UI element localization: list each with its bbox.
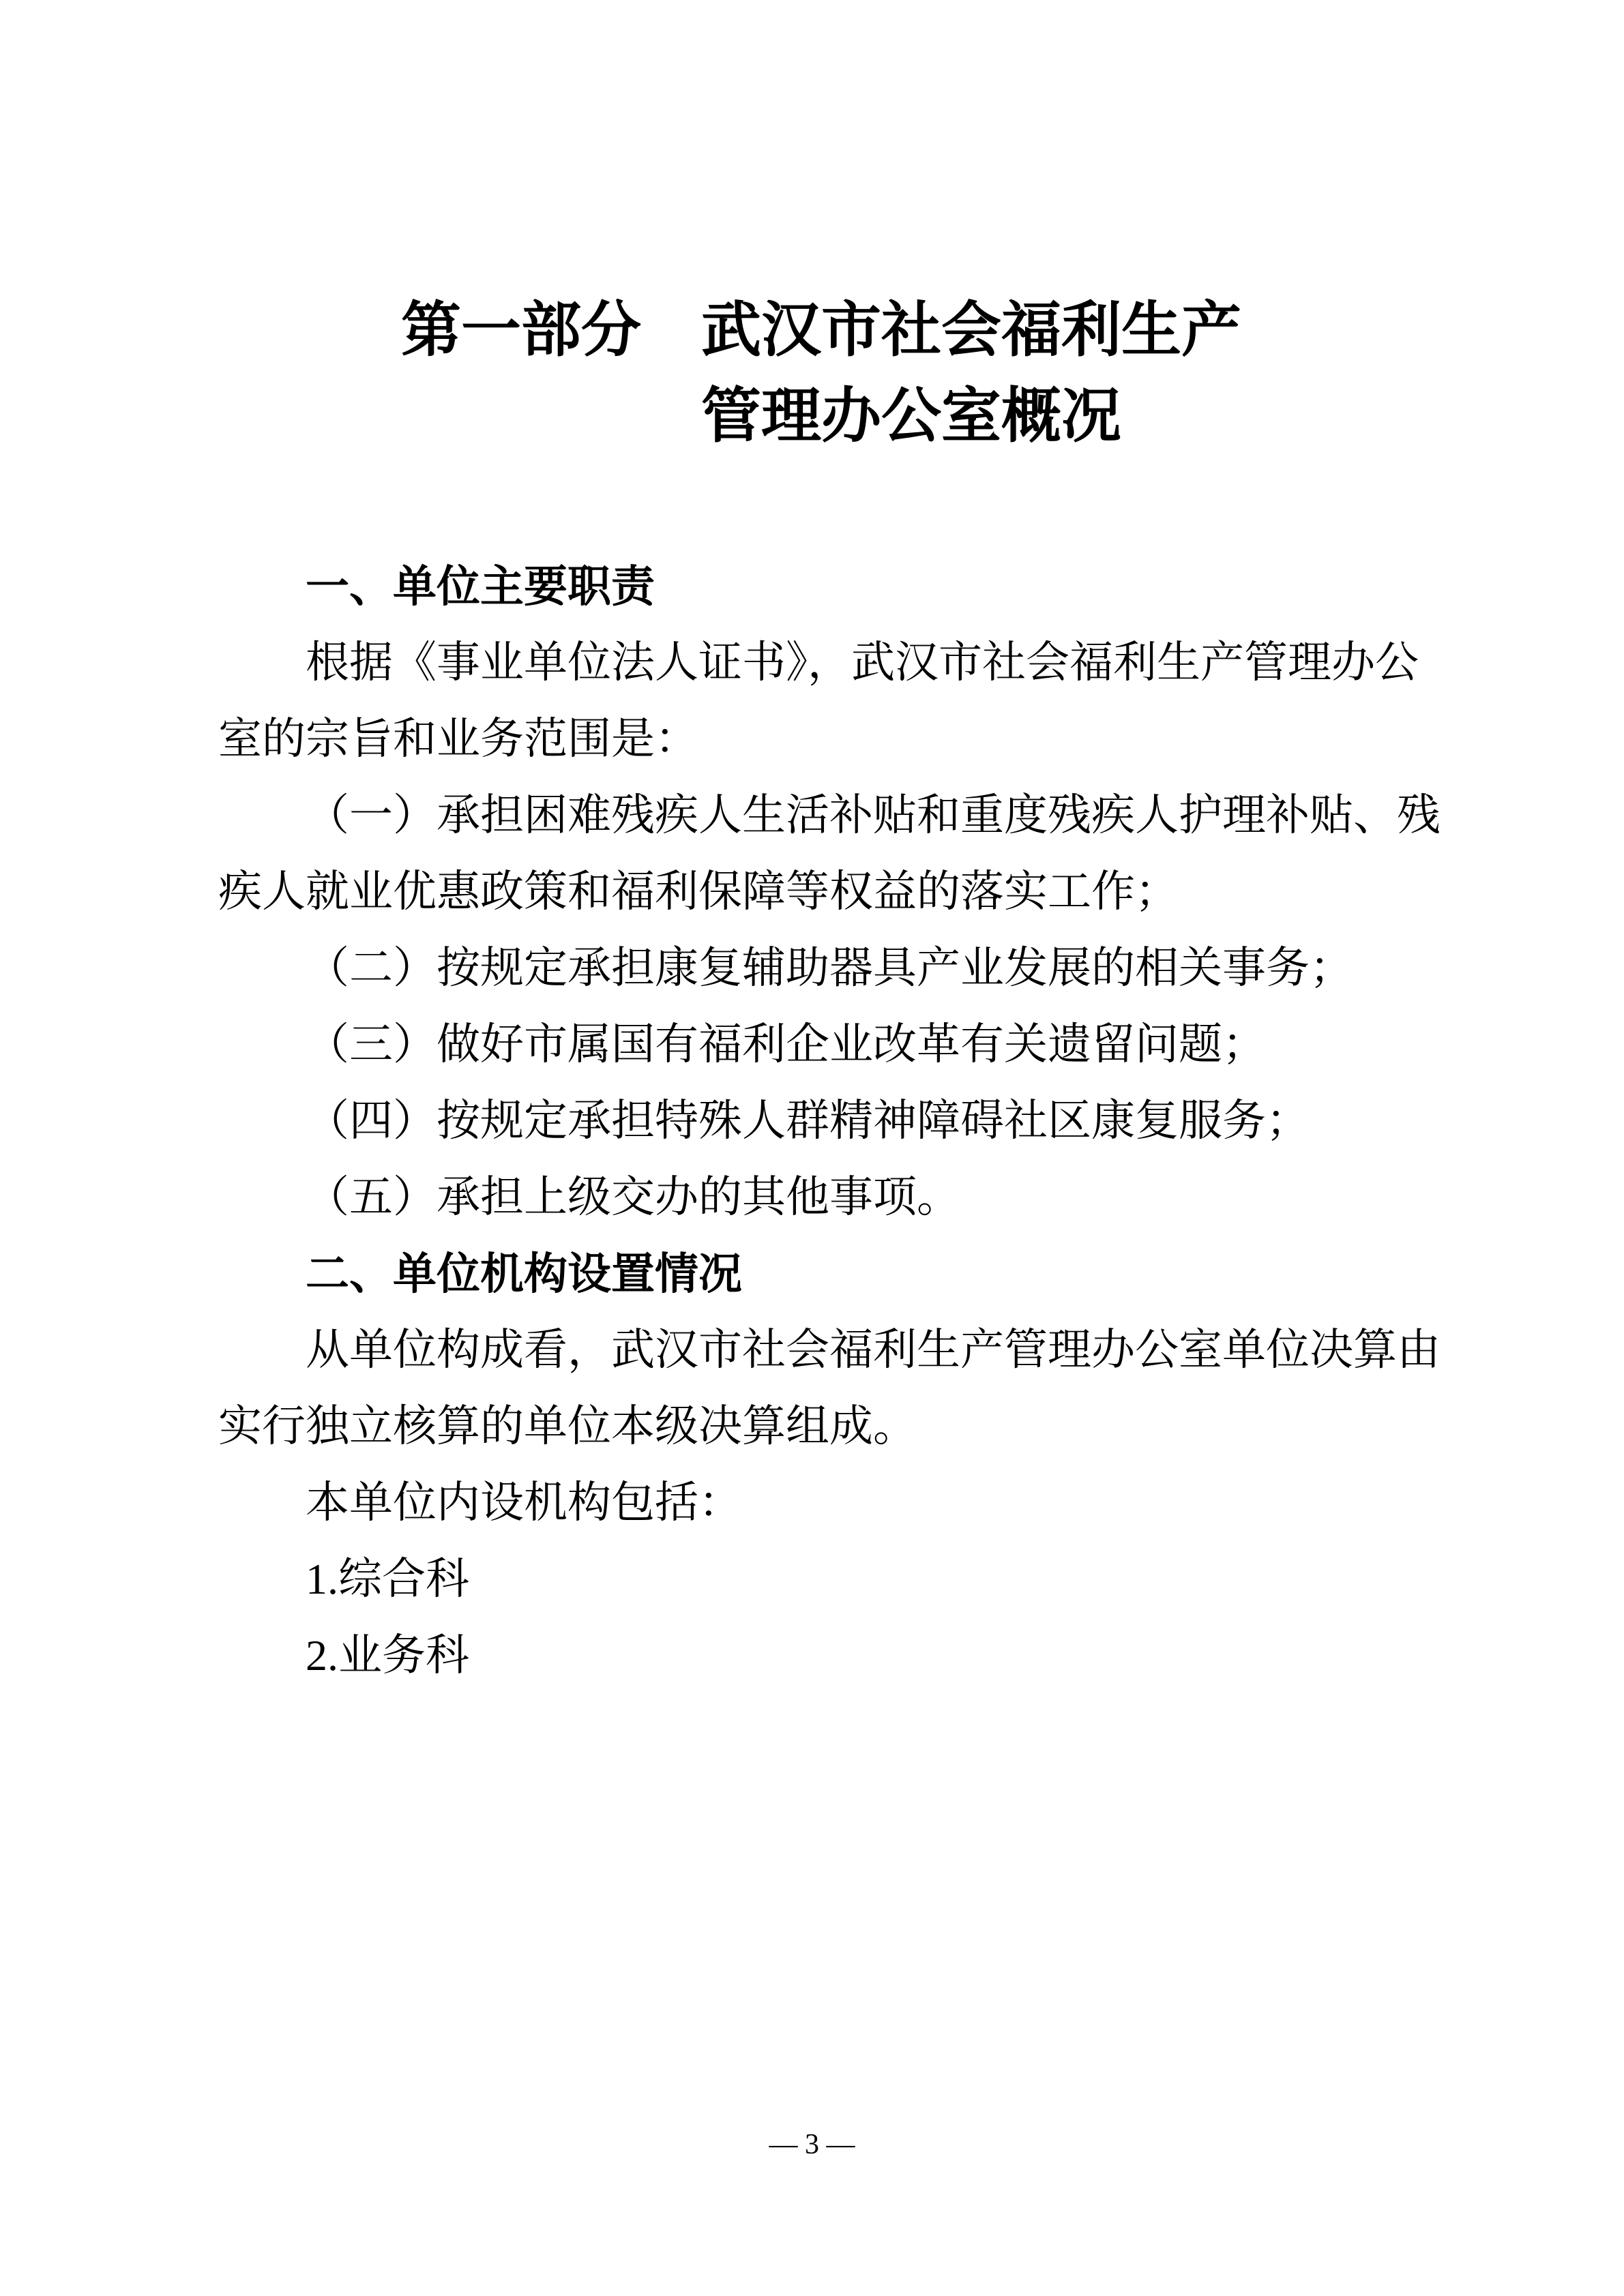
page-number: — 3 — bbox=[0, 2128, 1624, 2162]
section-heading-2: 二、单位机构设置情况 bbox=[218, 1236, 1432, 1312]
paragraph-line: （四）按规定承担特殊人群精神障碍社区康复服务； bbox=[218, 1083, 1432, 1159]
section-heading-1: 一、单位主要职责 bbox=[218, 548, 1432, 625]
paragraph-line: （二）按规定承担康复辅助器具产业发展的相关事务； bbox=[218, 930, 1432, 1007]
paragraph-line: 实行独立核算的单位本级决算组成。 bbox=[218, 1388, 1432, 1465]
paragraph-line: 疾人就业优惠政策和福利保障等权益的落实工作； bbox=[218, 854, 1432, 930]
document-page: 第一部分武汉市社会福利生产 管理办公室概况 一、单位主要职责 根据《事业单位法人… bbox=[0, 0, 1624, 2296]
document-title: 第一部分武汉市社会福利生产 管理办公室概况 bbox=[401, 288, 1241, 460]
list-item-1: 1.综合科 bbox=[218, 1541, 1432, 1617]
paragraph-line: （一）承担困难残疾人生活补贴和重度残疾人护理补贴、残 bbox=[218, 777, 1432, 854]
paragraph-line: 室的宗旨和业务范围是： bbox=[218, 701, 1432, 777]
title-line-2: 管理办公室概况 bbox=[701, 374, 1241, 460]
title-line-1: 第一部分武汉市社会福利生产 bbox=[401, 288, 1241, 374]
paragraph-line: 本单位内设机构包括： bbox=[218, 1465, 1432, 1541]
title-part-1: 第一部分 bbox=[401, 298, 641, 364]
paragraph-line: （三）做好市属国有福利企业改革有关遗留问题； bbox=[218, 1007, 1432, 1083]
title-part-2: 武汉市社会福利生产 bbox=[701, 298, 1241, 364]
paragraph-line: 根据《事业单位法人证书》，武汉市社会福利生产管理办公 bbox=[218, 625, 1432, 701]
paragraph-line: （五）承担上级交办的其他事项。 bbox=[218, 1159, 1432, 1236]
list-item-2: 2.业务科 bbox=[218, 1617, 1432, 1694]
document-body: 一、单位主要职责 根据《事业单位法人证书》，武汉市社会福利生产管理办公 室的宗旨… bbox=[218, 548, 1432, 1694]
paragraph-line: 从单位构成看，武汉市社会福利生产管理办公室单位决算由 bbox=[218, 1312, 1432, 1388]
